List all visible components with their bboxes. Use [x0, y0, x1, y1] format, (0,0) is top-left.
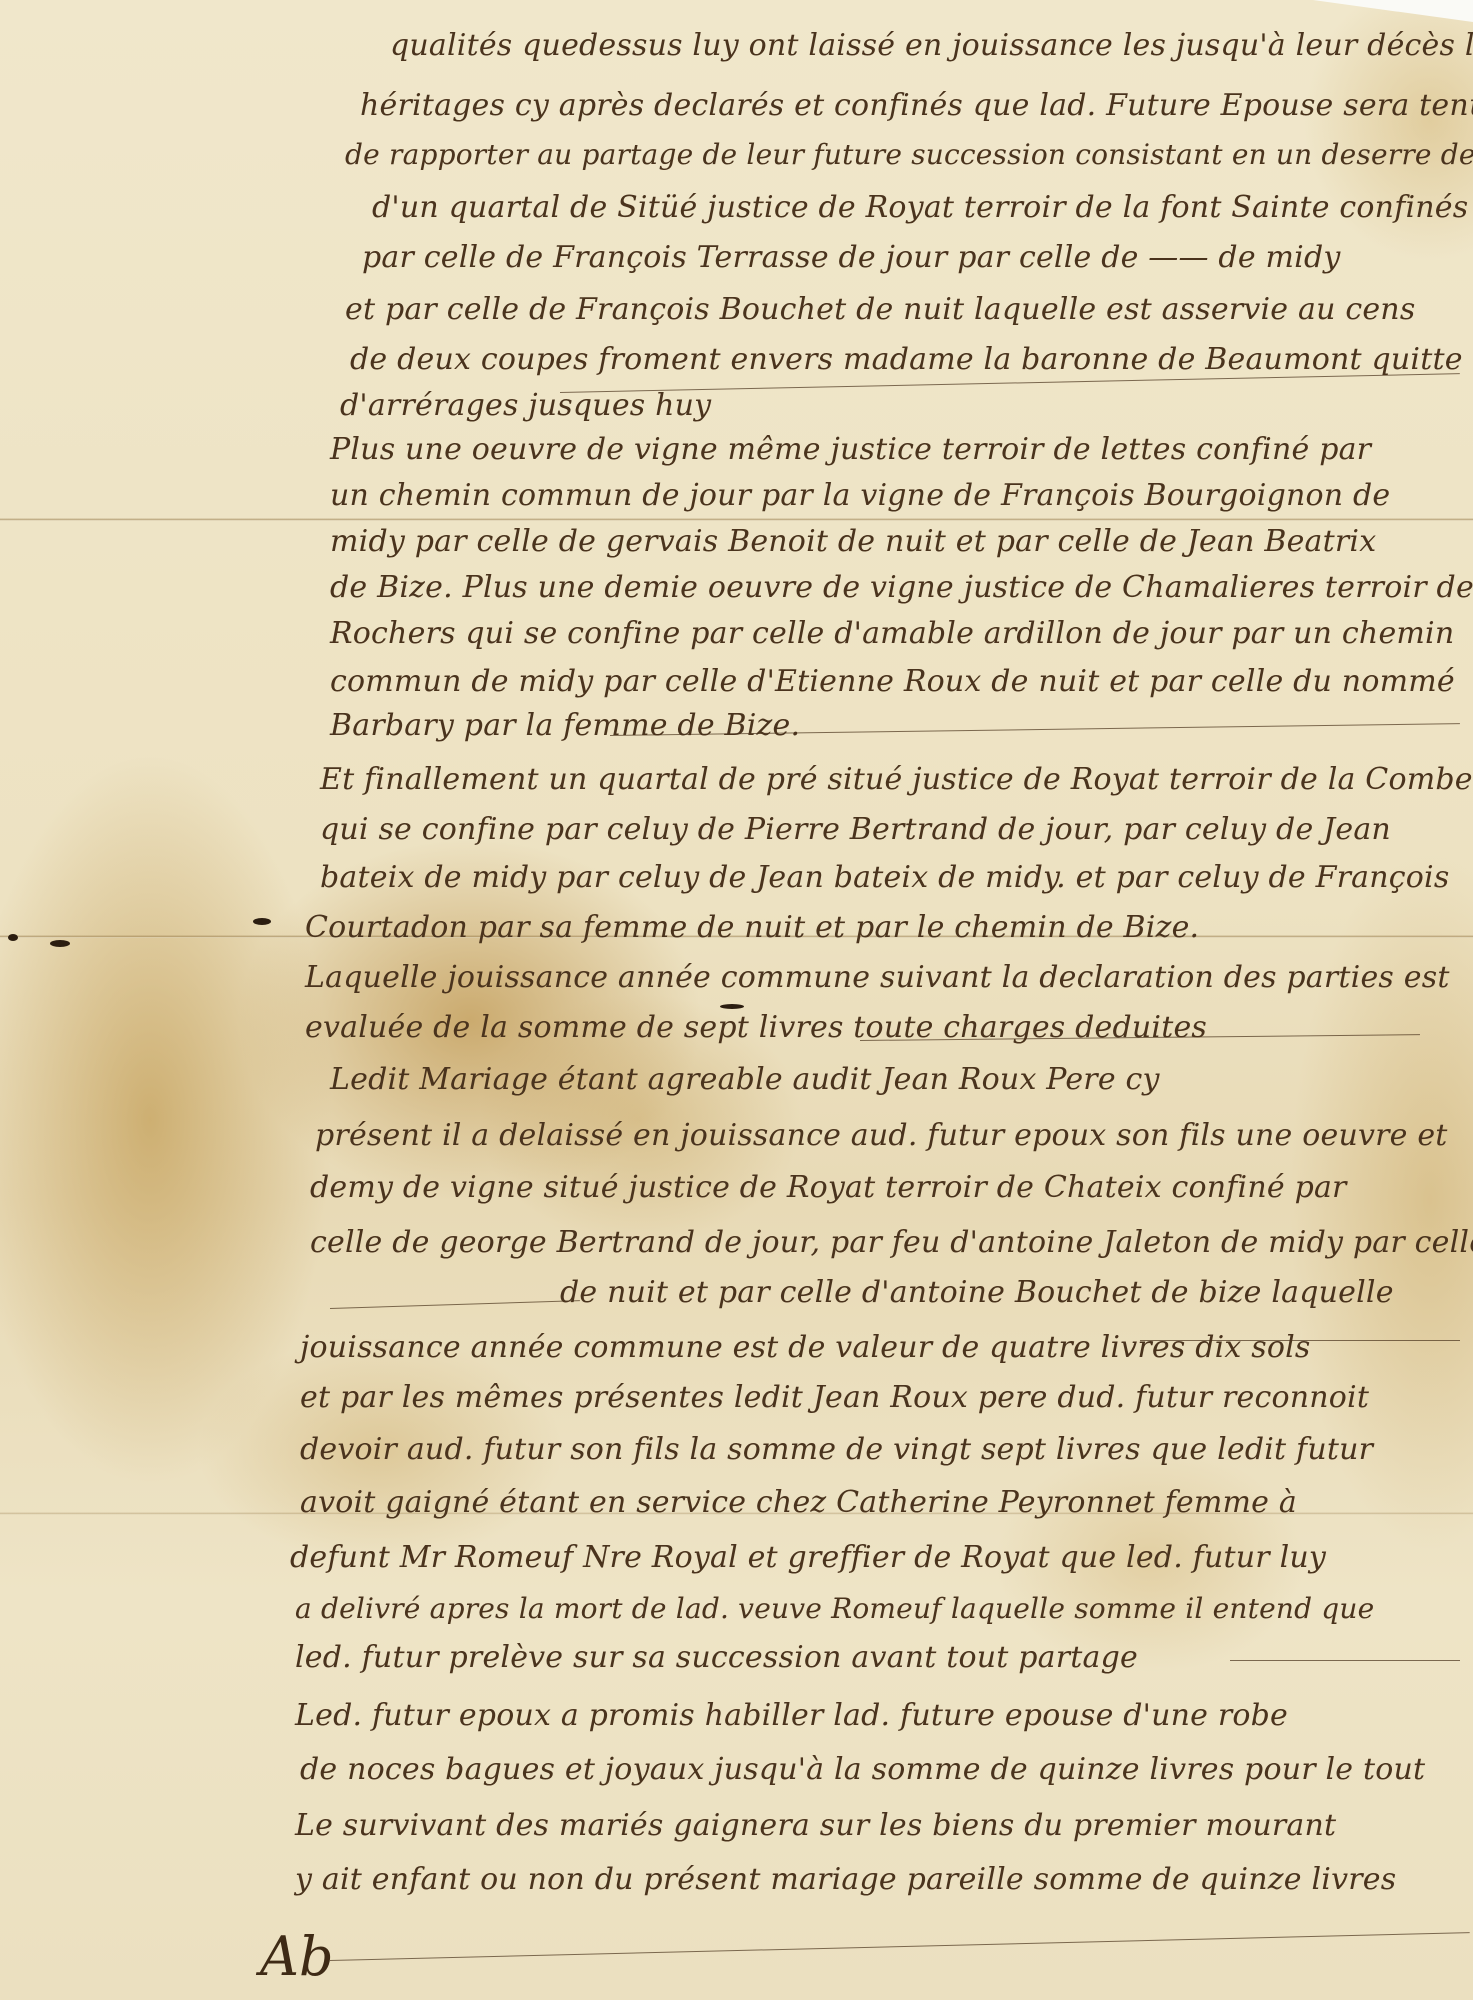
line-filler-rule [1230, 1660, 1460, 1661]
wormhole [50, 940, 70, 947]
manuscript-line: d'arrérages jusques huy [340, 388, 711, 423]
manuscript-line: de nuit et par celle d'antoine Bouchet d… [560, 1275, 1394, 1310]
manuscript-line: avoit gaigné étant en service chez Cathe… [300, 1485, 1297, 1520]
manuscript-line: qui se confine par celuy de Pierre Bertr… [320, 812, 1391, 847]
manuscript-page: qualités quedessus luy ont laissé en jou… [0, 0, 1473, 2000]
signature-paraph: Ab [260, 1925, 334, 1988]
manuscript-line: celle de george Bertrand de jour, par fe… [310, 1225, 1473, 1260]
wormhole [253, 918, 271, 925]
manuscript-line: bateix de midy par celuy de Jean bateix … [320, 860, 1449, 895]
manuscript-line: et par celle de François Bouchet de nuit… [345, 292, 1415, 327]
manuscript-line: Plus une oeuvre de vigne même justice te… [330, 432, 1371, 467]
line-filler-rule [1140, 1340, 1460, 1341]
closing-rule [330, 1932, 1470, 1961]
manuscript-line: Laquelle jouissance année commune suivan… [305, 960, 1450, 995]
manuscript-line: Et finallement un quartal de pré situé j… [320, 762, 1473, 797]
manuscript-line: et par les mêmes présentes ledit Jean Ro… [300, 1380, 1369, 1415]
manuscript-line: héritages cy après declarés et confinés … [360, 88, 1473, 123]
manuscript-line: Rochers qui se confine par celle d'amabl… [330, 616, 1454, 651]
manuscript-line: a delivré apres la mort de lad. veuve Ro… [295, 1592, 1374, 1625]
manuscript-line: Courtadon par sa femme de nuit et par le… [305, 910, 1199, 945]
manuscript-line: demy de vigne situé justice de Royat ter… [310, 1170, 1347, 1205]
manuscript-line: midy par celle de gervais Benoit de nuit… [330, 524, 1376, 559]
manuscript-line: de deux coupes froment envers madame la … [350, 342, 1463, 377]
wormhole [720, 1004, 744, 1009]
manuscript-line: de Bize. Plus une demie oeuvre de vigne … [330, 570, 1473, 605]
manuscript-line: de noces bagues et joyaux jusqu'à la som… [300, 1752, 1425, 1787]
manuscript-line: defunt Mr Romeuf Nre Royal et greffier d… [290, 1540, 1326, 1575]
fold-line-upper [0, 518, 1473, 521]
manuscript-line: evaluée de la somme de sept livres toute… [305, 1010, 1207, 1045]
manuscript-line: commun de midy par celle d'Etienne Roux … [330, 664, 1455, 699]
manuscript-line: Barbary par la femme de Bize. [330, 708, 800, 743]
manuscript-line: présent il a delaissé en jouissance aud.… [315, 1118, 1448, 1153]
manuscript-line: devoir aud. futur son fils la somme de v… [300, 1432, 1373, 1467]
manuscript-line: d'un quartal de Sitüé justice de Royat t… [372, 190, 1468, 225]
manuscript-line: led. futur prelève sur sa succession ava… [295, 1640, 1138, 1675]
manuscript-line: y ait enfant ou non du présent mariage p… [295, 1862, 1396, 1897]
wormhole [8, 934, 18, 941]
manuscript-line: qualités quedessus luy ont laissé en jou… [390, 28, 1473, 63]
manuscript-line: Le survivant des mariés gaignera sur les… [295, 1808, 1336, 1843]
corner-tear [1313, 0, 1473, 22]
manuscript-line: par celle de François Terrasse de jour p… [362, 240, 1341, 275]
manuscript-line: un chemin commun de jour par la vigne de… [330, 478, 1390, 513]
manuscript-line: Ledit Mariage étant agreable audit Jean … [330, 1062, 1160, 1097]
line-filler-rule [330, 1300, 580, 1309]
manuscript-line: de rapporter au partage de leur future s… [345, 138, 1473, 171]
manuscript-line: jouissance année commune est de valeur d… [300, 1330, 1311, 1365]
manuscript-line: Led. futur epoux a promis habiller lad. … [295, 1698, 1288, 1733]
